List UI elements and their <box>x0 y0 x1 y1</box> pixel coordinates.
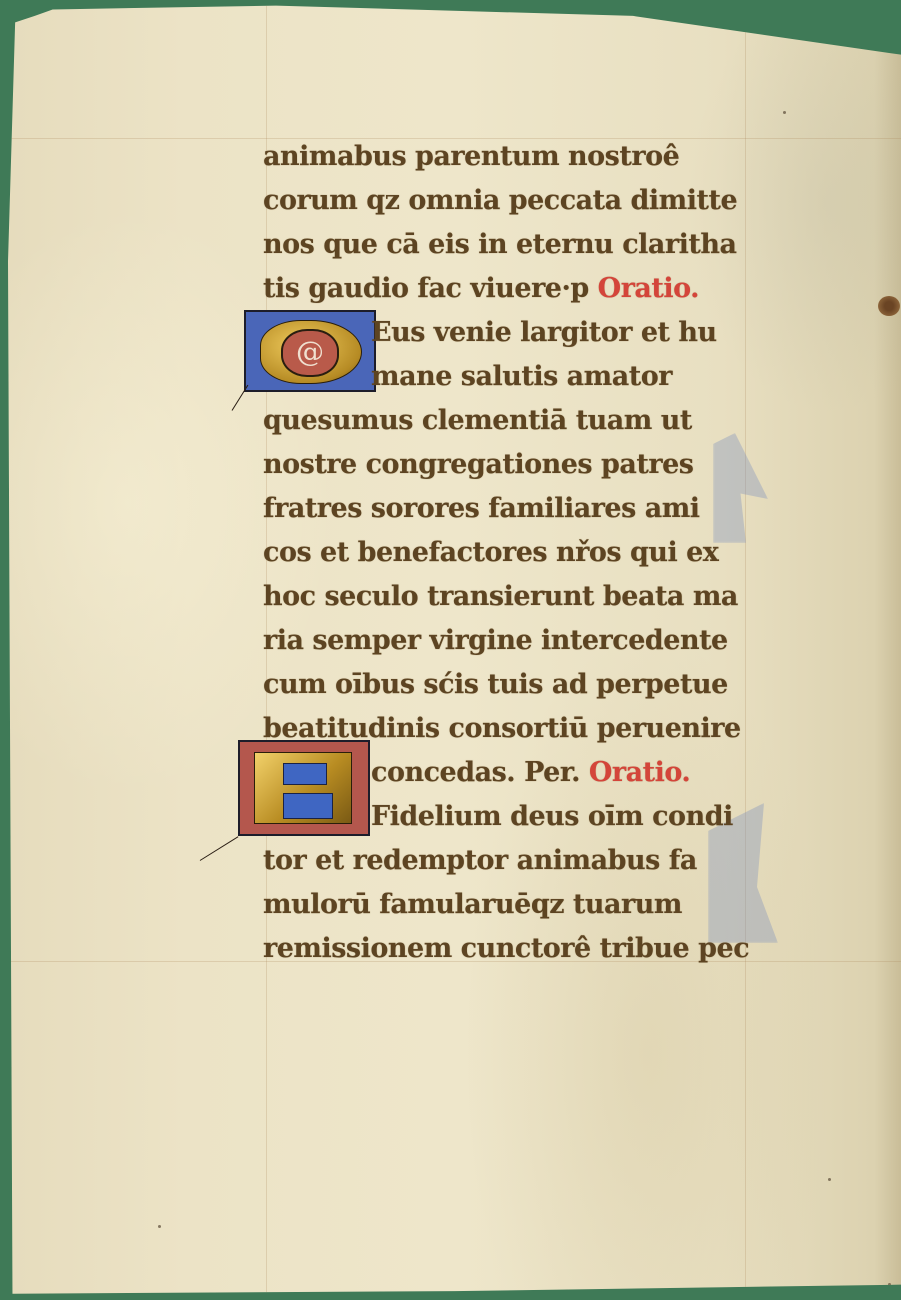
text-line: beatitudinis consortiū peruenire <box>263 710 741 748</box>
text-line: corum qz omnia peccata dimitte <box>263 182 737 220</box>
speck <box>888 1283 891 1286</box>
text-line: fratres sorores familiares ami <box>263 490 700 528</box>
speck <box>158 1225 161 1228</box>
text-line: animabus parentum nostroê <box>263 138 679 176</box>
initial-gold-body: @ <box>260 320 362 384</box>
initial-blue-filling <box>283 763 327 785</box>
initial-gold-body <box>254 752 352 824</box>
stain-spot <box>878 296 900 316</box>
text-line: nos que cā eis in eternu claritha <box>263 226 736 264</box>
ruling-line <box>745 3 746 1295</box>
text-line: quesumus clementiā tuam ut <box>263 402 692 440</box>
rubric-heading: Oratio. <box>598 273 699 304</box>
text-line: cum oībus sćis tuis ad perpetue <box>263 666 728 704</box>
text-line: nostre congregationes patres <box>263 446 693 484</box>
text-line: ria semper virgine intercedente <box>263 622 728 660</box>
illuminated-initial-f <box>238 740 370 836</box>
initial-blue-filling <box>283 793 333 819</box>
text-line: Eus venie largitor et hu <box>371 314 717 352</box>
text-line: remissionem cunctorê tribue pec <box>263 930 749 968</box>
rubric-heading: Oratio. <box>589 757 690 788</box>
text-line: concedas. Per. Oratio. <box>371 754 690 792</box>
bleed-through-initial <box>713 433 768 543</box>
text-line: mane salutis amator <box>371 358 672 396</box>
text-line: Fidelium deus oīm condi <box>371 798 733 836</box>
illuminated-initial-d: @ <box>244 310 376 392</box>
text-line: tis gaudio fac viuere·p Oratio. <box>263 270 699 308</box>
text-line: cos et benefactores nřos qui ex <box>263 534 718 572</box>
initial-red-filling: @ <box>281 329 339 377</box>
text-line: hoc seculo transierunt beata ma <box>263 578 738 616</box>
text-line: mulorū famularuēqz tuarum <box>263 886 682 924</box>
speck <box>783 111 786 114</box>
text-line: tor et redemptor animabus fa <box>263 842 697 880</box>
speck <box>828 1178 831 1181</box>
